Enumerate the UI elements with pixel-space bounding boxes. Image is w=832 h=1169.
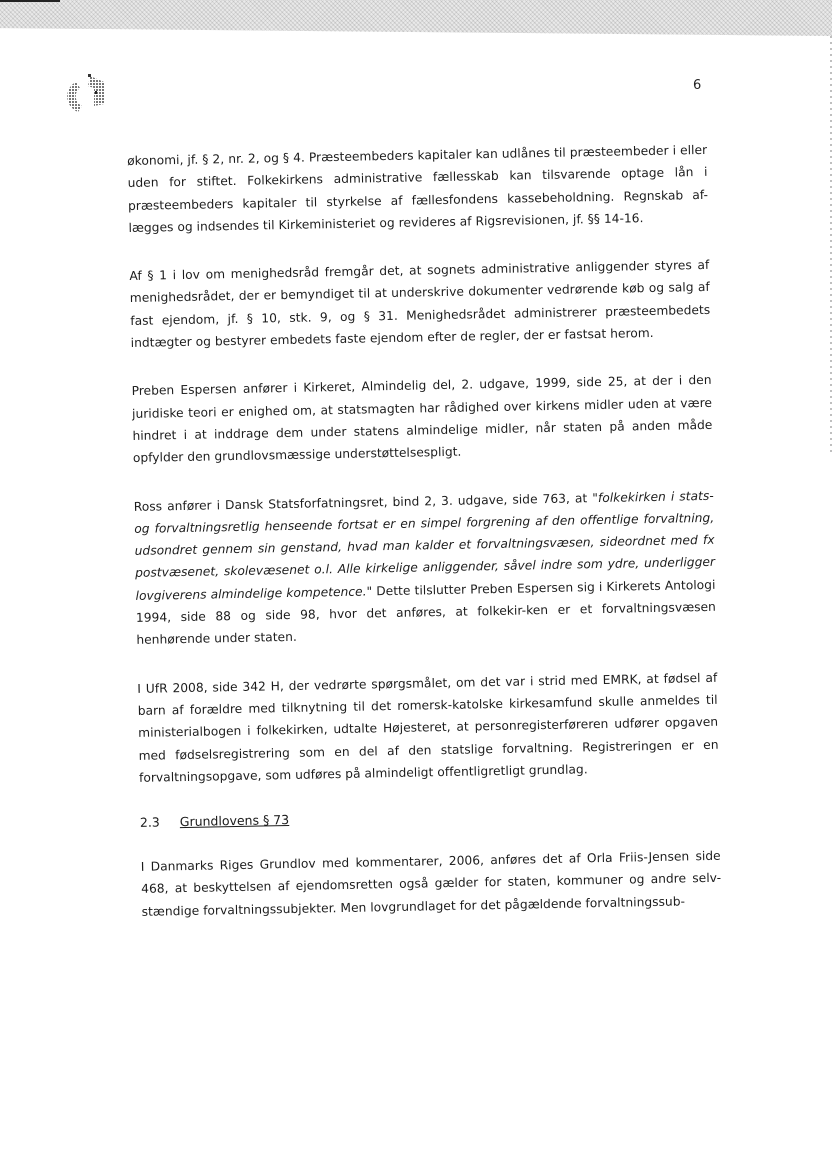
section-heading: 2.3 Grundlovens § 73 [140,804,720,830]
paragraph-6: I Danmarks Riges Grundlov med kommentare… [141,845,722,923]
document-body: økonomi, jf. § 2, nr. 2, og § 4. Præstee… [127,139,722,949]
scan-artifact-band [0,0,832,36]
paragraph-3: Preben Espersen anfører i Kirkeret, Almi… [131,369,713,469]
section-number: 2.3 [140,815,160,830]
paragraph-5: I UfR 2008, side 342 H, der vedrørte spø… [137,666,719,789]
paragraph-1: økonomi, jf. § 2, nr. 2, og § 4. Præstee… [127,139,709,239]
page-number: 6 [693,78,701,93]
paragraph-4-intro: Ross anfører i Dansk Statsforfatningsret… [134,491,593,514]
document-logo-icon [60,74,110,118]
paragraph-4-ross-quote: Ross anfører i Dansk Statsforfatningsret… [134,484,717,651]
section-title: Grundlovens § 73 [180,812,290,829]
paragraph-2: Af § 1 i lov om menighedsråd fremgår det… [129,254,711,354]
scan-edge-mark [0,0,60,2]
